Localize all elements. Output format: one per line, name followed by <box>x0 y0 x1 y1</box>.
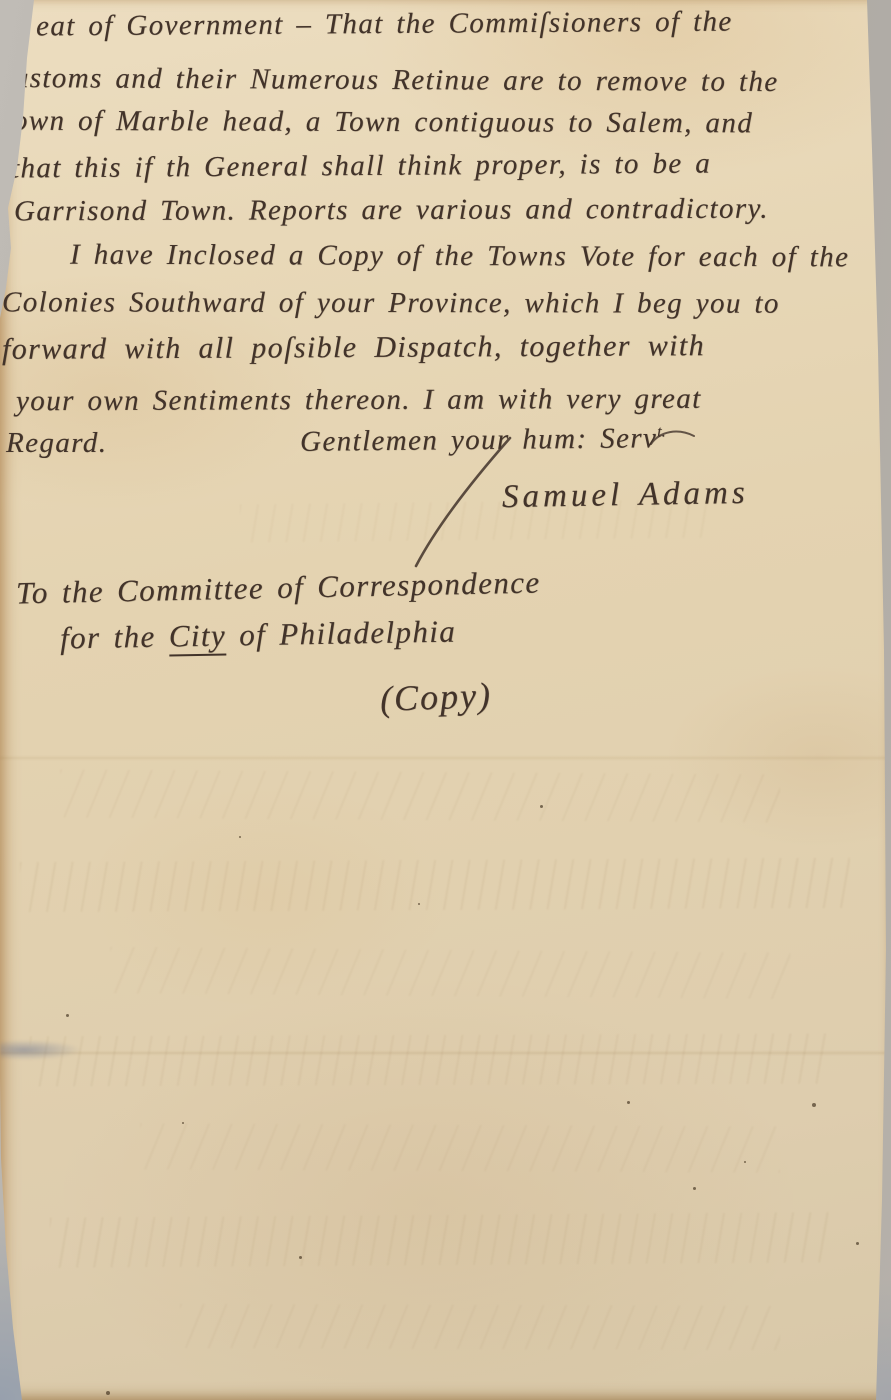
letter-line-3: Town of Marble head, a Town contiguous t… <box>0 105 753 141</box>
address-line-2-prefix: for the <box>60 619 169 656</box>
ink-speck <box>106 1391 110 1395</box>
ink-speck <box>540 805 543 808</box>
ink-speck <box>299 1256 302 1259</box>
address-line-1: To the Committee of Correspondence <box>16 565 541 612</box>
letter-line-1: eat of Government – That the Commiſsione… <box>36 6 733 44</box>
letter-line-9: your own Sentiments thereon. I am with v… <box>16 383 702 418</box>
letter-line-5: Garrisond Town. Reports are various and … <box>14 193 769 229</box>
bleedthrough-band <box>60 769 780 822</box>
ink-speck <box>418 903 420 905</box>
closing-regard: Regard. <box>6 427 107 460</box>
ink-speck <box>627 1101 630 1104</box>
letter-line-7: Colonies Southward of your Province, whi… <box>2 286 780 320</box>
address-line-2: for the City of Philadelphia <box>60 614 457 657</box>
pen-flourish-swash <box>648 426 698 450</box>
ink-speck <box>856 1242 859 1245</box>
address-line-2-suffix: of Philadelphia <box>226 614 457 653</box>
ink-speck <box>812 1103 816 1107</box>
bleedthrough-band <box>50 1212 830 1267</box>
photograph-backdrop: { "document": { "body_lines": [ "eat of … <box>0 0 891 1400</box>
letter-line-6: I have Inclosed a Copy of the Towns Vote… <box>70 239 849 275</box>
bleedthrough-band <box>140 1123 780 1172</box>
manuscript-page: eat of Government – That the Commiſsione… <box>0 0 891 1400</box>
ink-speck <box>182 1122 184 1124</box>
ink-speck <box>744 1161 746 1163</box>
bleedthrough-band <box>20 858 850 912</box>
ink-speck <box>66 1014 69 1017</box>
letter-line-2: Customs and their Numerous Retinue are t… <box>0 62 779 99</box>
bleedthrough-band <box>30 1034 830 1087</box>
bleedthrough-band <box>110 947 790 999</box>
bleedthrough-band <box>180 1304 780 1350</box>
address-city-underlined: City <box>168 618 226 657</box>
ink-smudge <box>0 1040 80 1060</box>
copy-annotation: (Copy) <box>379 674 492 720</box>
bleedthrough-band <box>240 500 710 543</box>
letter-line-4: that this if th General shall think prop… <box>11 148 711 186</box>
fold-crease <box>0 757 891 759</box>
ink-speck <box>693 1187 696 1190</box>
ink-speck <box>239 836 241 838</box>
letter-line-8: forward with all poſsible Dispatch, toge… <box>2 329 705 367</box>
fold-crease <box>0 1052 891 1054</box>
